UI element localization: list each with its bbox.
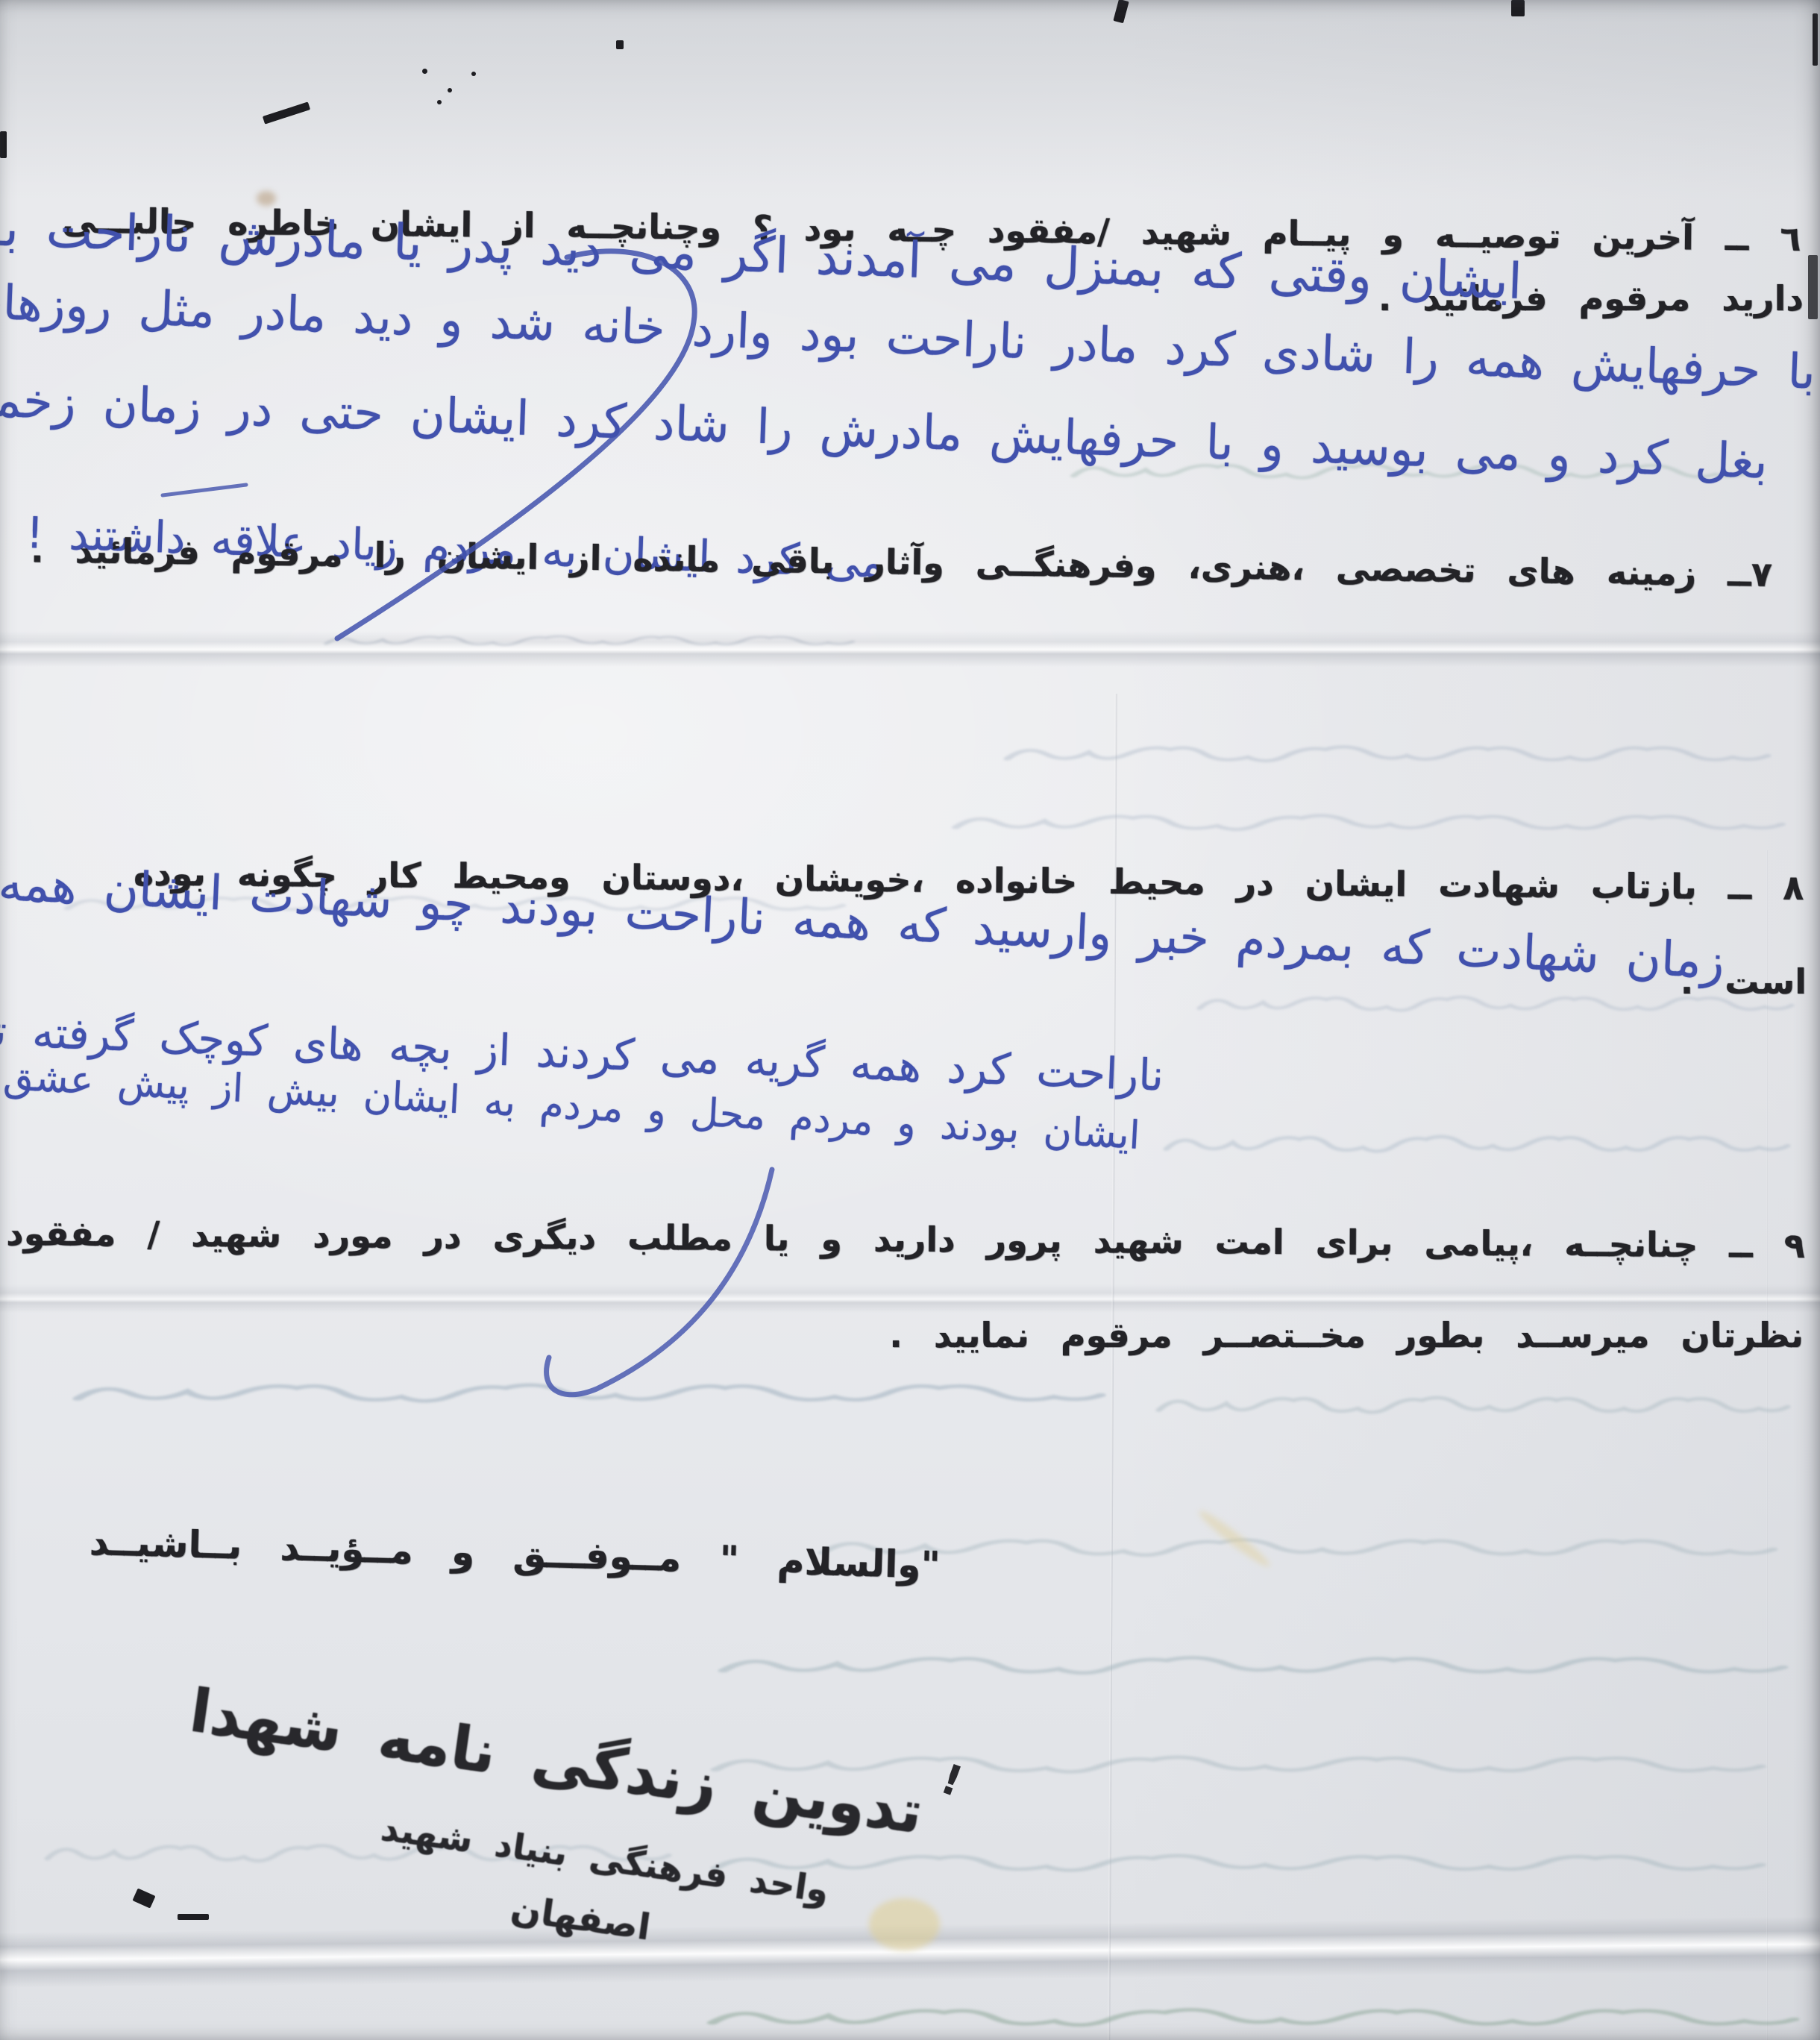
scan-shading-top bbox=[0, 0, 1820, 201]
scan-speck bbox=[448, 88, 452, 92]
bleed-through-ghost-line bbox=[1160, 1128, 1794, 1161]
yellow-stain bbox=[869, 1898, 940, 1950]
bleed-through-ghost-line bbox=[712, 1648, 1794, 1683]
scan-speck bbox=[1813, 13, 1818, 66]
bleed-through-ghost-line bbox=[67, 1375, 1111, 1411]
scan-speck bbox=[437, 100, 442, 104]
scan-speck bbox=[616, 40, 624, 49]
scan-speck bbox=[1511, 0, 1525, 16]
scan-speck bbox=[178, 1914, 209, 1920]
bleed-through-ghost-line bbox=[813, 1531, 1783, 1565]
stamp-exclamation-mark: ! bbox=[935, 1755, 969, 1807]
stamp-block: تدوین زندگی نامه شهدا ! واحد فرهنگی بنیا… bbox=[110, 1669, 956, 2027]
scan-speck bbox=[471, 72, 476, 76]
bleed-through-ghost-line bbox=[947, 807, 1790, 838]
scan-speck bbox=[422, 69, 427, 74]
scanned-questionnaire-page: ٦ ــ آخرین توصیــه و پیــام شهید /مفقود … bbox=[0, 0, 1820, 2040]
stamp-title-line: تدوین زندگی نامه شهدا bbox=[186, 1676, 927, 1848]
paper-fold-crease-vertical-right bbox=[1766, 850, 1768, 2040]
scan-speck bbox=[1808, 255, 1818, 319]
stamp-city-line: اصفهان bbox=[508, 1888, 653, 1949]
closing-salutation-line: "والسلام " مــوفـــق و مــؤیــد بــاشیــ… bbox=[89, 1519, 941, 1589]
question-7-line-1: ٧ــ زمینه های تخصصی ،هنری، وفرهنگــی وآث… bbox=[31, 529, 1772, 596]
question-9-line-2: نظرتان میرســد بطور مخــتصــر مرقوم نمای… bbox=[889, 1314, 1804, 1358]
bleed-through-ghost-line bbox=[321, 631, 858, 650]
paper-fold-crease-middle bbox=[0, 1284, 1820, 1313]
scan-speck bbox=[0, 131, 7, 158]
scan-speck bbox=[263, 101, 310, 124]
paper-fold-crease-upper bbox=[0, 631, 1820, 667]
yellow-streak-stain bbox=[1196, 1507, 1273, 1571]
question-9-line-1: ٩ ــ چنانچــه ،پیامی برای امت شهید پرور … bbox=[0, 1212, 1805, 1268]
bleed-through-ghost-line bbox=[1152, 1389, 1794, 1422]
bleed-through-ghost-line bbox=[1000, 738, 1775, 770]
scan-speck bbox=[1113, 0, 1129, 23]
brown-speck-stain bbox=[257, 191, 276, 206]
